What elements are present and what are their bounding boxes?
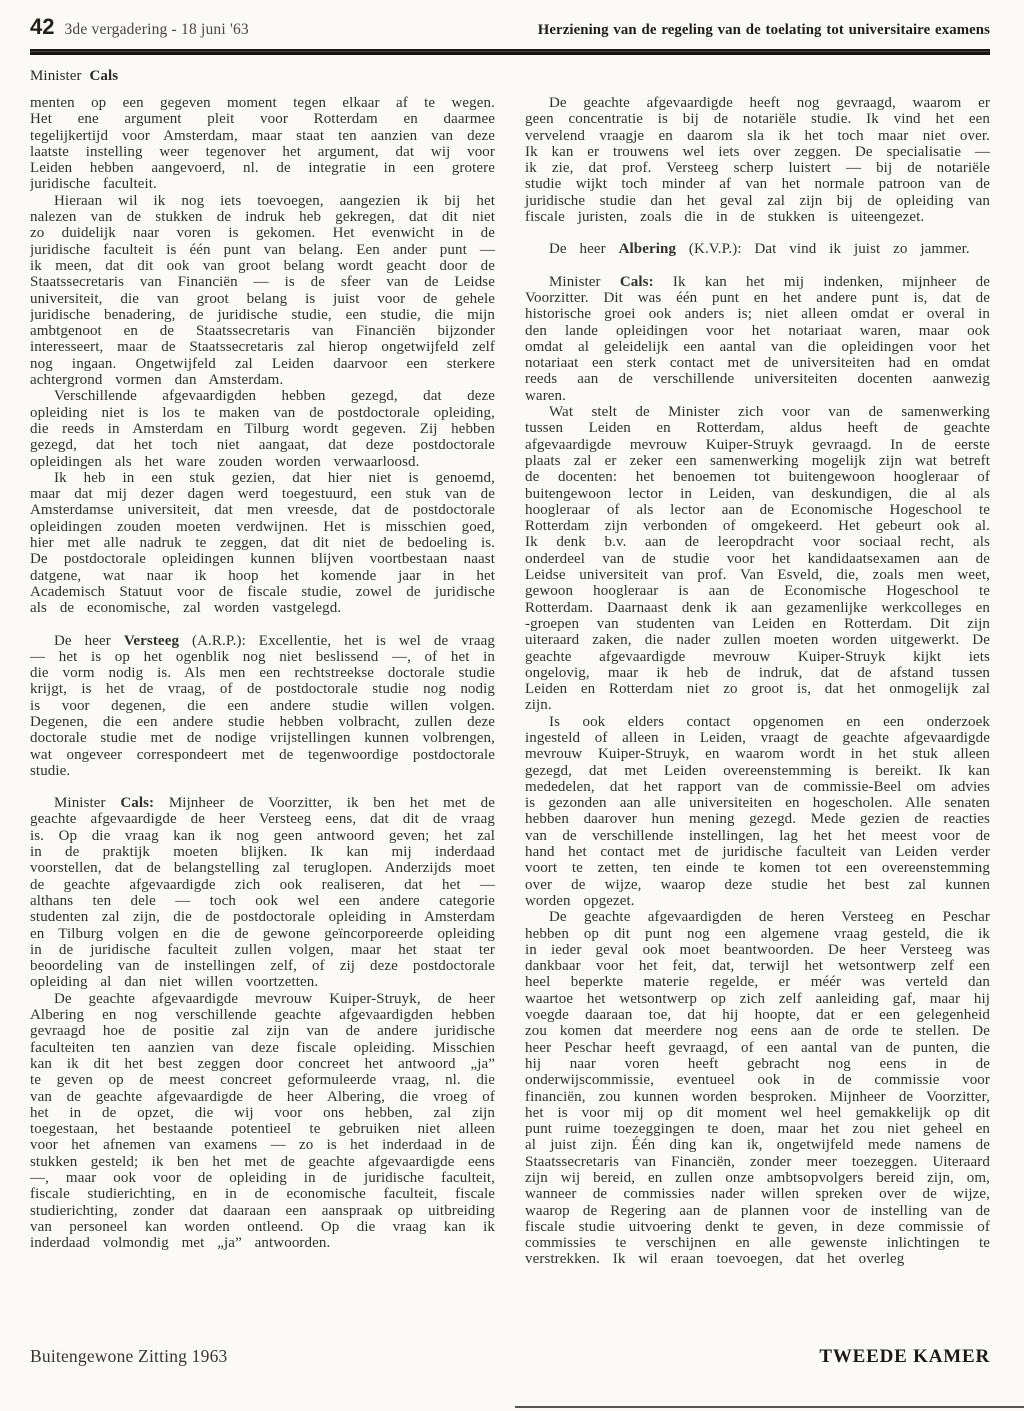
- paragraph: De heer Versteeg (A.R.P.): Excellentie, …: [30, 633, 495, 780]
- session-info: 3de vergadering - 18 juni '63: [64, 21, 248, 39]
- paragraph: Minister Cals: Mijnheer de Voorzitter, i…: [30, 795, 495, 991]
- paragraph-text: menten op een gegeven moment tegen elkaa…: [30, 95, 495, 192]
- page-header: 42 3de vergadering - 18 juni '63 Herzien…: [30, 14, 990, 40]
- speaker-name: Cals:: [120, 795, 154, 811]
- text-columns: Minister Cals menten op een gegeven mome…: [30, 68, 990, 1324]
- paragraph: menten op een gegeven moment tegen elkaa…: [30, 95, 495, 193]
- paragraph: Wat stelt de Minister zich voor van de s…: [525, 404, 990, 714]
- paragraph-text: Verschillende afgevaardigden hebben geze…: [30, 388, 495, 469]
- speaker-name: Versteeg: [124, 633, 179, 649]
- paragraph-text: Minister: [30, 68, 89, 84]
- footer-session-label: Buitengewone Zitting 1963: [30, 1346, 227, 1367]
- right-column: De geachte afgevaardigde heeft nog gevra…: [525, 68, 990, 1324]
- paragraph: De geachte afgevaardigde heeft nog gevra…: [525, 95, 990, 225]
- paragraph-text: De geachte afgevaardigden de heren Verst…: [525, 909, 990, 1267]
- header-left: 42 3de vergadering - 18 juni '63: [30, 14, 249, 40]
- paragraph-text: Hieraan wil ik nog iets toevoegen, aange…: [30, 193, 495, 388]
- speaker-name: Cals:: [620, 274, 654, 290]
- paragraph: De geachte afgevaardigden de heren Verst…: [525, 909, 990, 1268]
- speaker-heading: Minister Cals: [30, 68, 495, 85]
- paragraph: Minister Cals: Ik kan het mij indenken, …: [525, 274, 990, 404]
- page-footer: Buitengewone Zitting 1963 TWEEDE KAMER: [30, 1346, 990, 1368]
- paragraph: Is ook elders contact opgenomen en een o…: [525, 714, 990, 910]
- paragraph-text: De heer: [549, 241, 619, 257]
- paragraph-text: Ik kan het mij indenken, mijnheer de Voo…: [525, 274, 990, 404]
- paragraph-text: (K.V.P.): Dat vind ik juist zo jammer.: [676, 241, 970, 257]
- paragraph: De heer Albering (K.V.P.): Dat vind ik j…: [525, 241, 990, 257]
- paragraph-text: Is ook elders contact opgenomen en een o…: [525, 714, 990, 909]
- paragraph-text: De geachte afgevaardigde heeft nog gevra…: [525, 95, 990, 225]
- left-column: Minister Cals menten op een gegeven mome…: [30, 68, 495, 1324]
- speaker-name: Cals: [89, 68, 118, 84]
- paragraph-text: Wat stelt de Minister zich voor van de s…: [525, 404, 990, 713]
- document-page: 42 3de vergadering - 18 juni '63 Herzien…: [0, 0, 1024, 1411]
- speaker-name: Albering: [619, 241, 676, 257]
- paragraph: Hieraan wil ik nog iets toevoegen, aange…: [30, 193, 495, 389]
- paragraph-text: Mijnheer de Voorzitter, ik ben het met d…: [30, 795, 495, 990]
- paragraph-text: De heer: [54, 633, 124, 649]
- footer-chamber-label: TWEEDE KAMER: [819, 1346, 990, 1368]
- paragraph-text: (A.R.P.): Excellentie, het is wel de vra…: [30, 633, 495, 779]
- paragraph: Verschillende afgevaardigden hebben geze…: [30, 388, 495, 469]
- paragraph-text: Minister: [549, 274, 620, 290]
- header-rule: [30, 49, 990, 55]
- document-title: Herziening van de regeling van de toelat…: [538, 22, 990, 39]
- paragraph: De geachte afgevaardigde mevrouw Kuiper-…: [30, 991, 495, 1252]
- page-number: 42: [30, 14, 54, 40]
- paragraph-text: Minister: [54, 795, 120, 811]
- scan-artifact-line: [515, 1406, 1024, 1408]
- paragraph-text: Ik heb in een stuk gezien, dat hier niet…: [30, 470, 495, 616]
- paragraph: Ik heb in een stuk gezien, dat hier niet…: [30, 470, 495, 617]
- paragraph-text: De geachte afgevaardigde mevrouw Kuiper-…: [30, 991, 495, 1251]
